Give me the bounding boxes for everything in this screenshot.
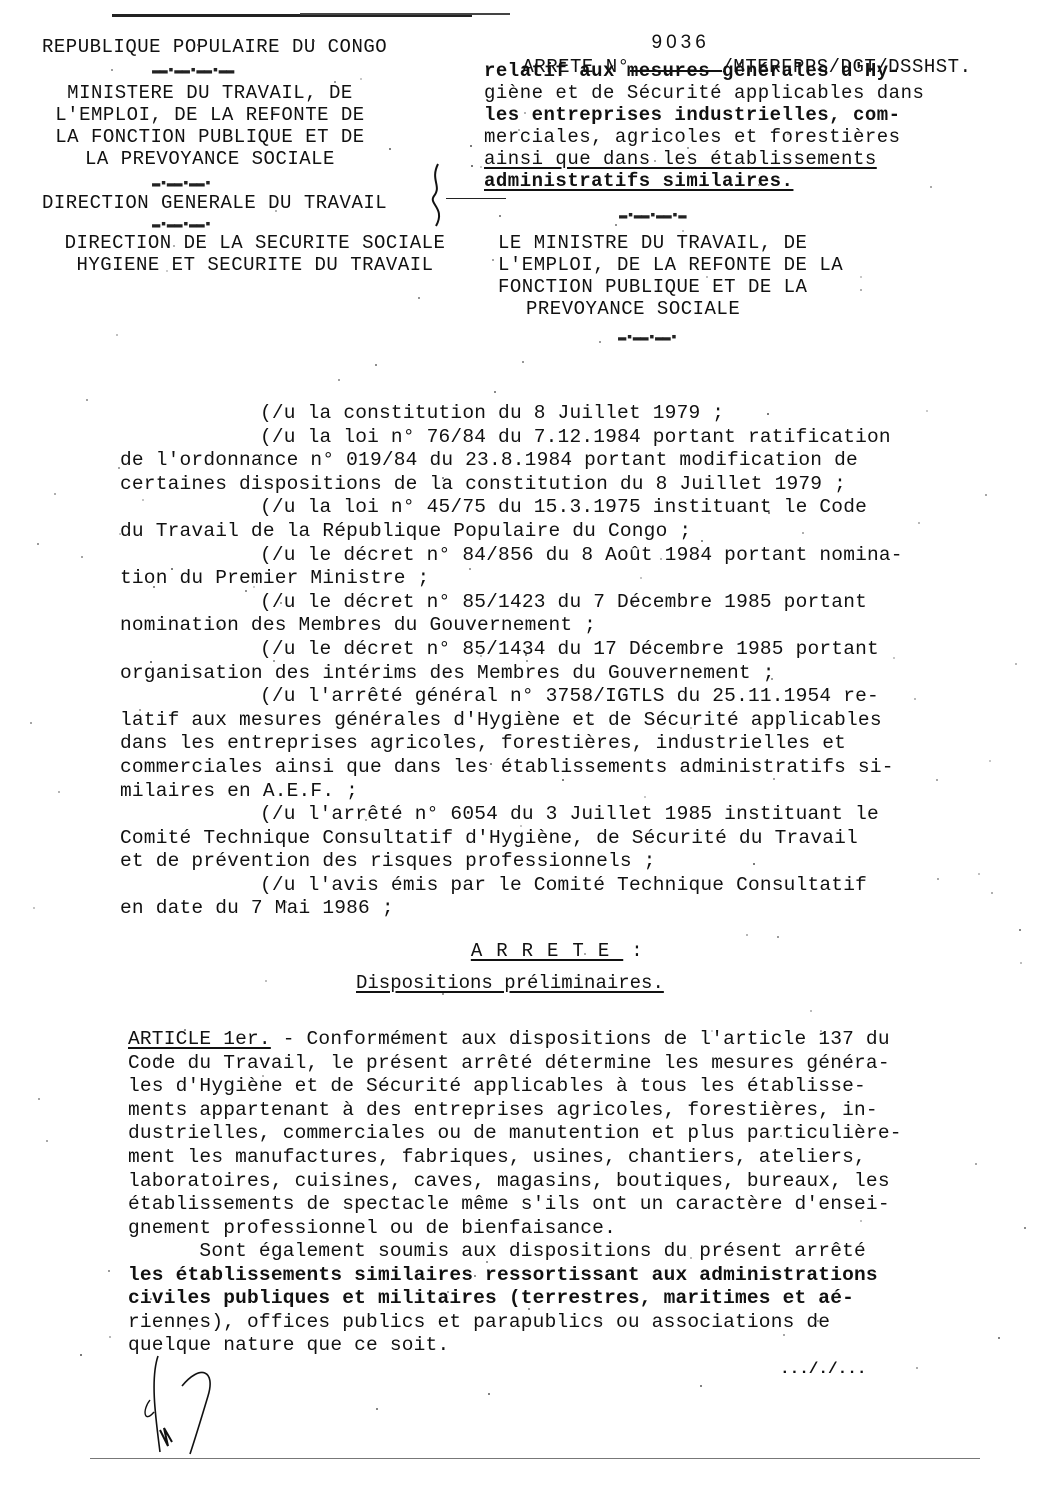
scan-noise (991, 892, 993, 894)
scan-noise (275, 210, 277, 212)
scan-noise (660, 558, 662, 560)
scan-noise (557, 480, 559, 482)
scan-noise (492, 259, 494, 261)
visa-line: (/u le décret n° 85/1423 du 7 Décembre 1… (120, 591, 980, 615)
visa-line: du Travail de la République Populaire du… (120, 520, 980, 544)
scan-noise (754, 487, 756, 489)
scan-noise (817, 1320, 819, 1322)
scan-noise (1019, 929, 1021, 931)
scan-noise (599, 341, 601, 343)
scan-noise (893, 657, 895, 659)
scan-noise (975, 1163, 977, 1165)
scan-noise (46, 1140, 48, 1142)
scan-noise (338, 379, 340, 381)
article-line: gnement professionnel ou de bienfaisance… (128, 1217, 988, 1241)
scan-noise (418, 297, 420, 299)
scan-noise (334, 81, 336, 83)
visa-line: certaines dispositions de la constitutio… (120, 473, 980, 497)
scan-noise (273, 660, 275, 662)
republic-name: REPUBLIQUE POPULAIRE DU CONGO (42, 36, 387, 58)
scan-noise (30, 722, 32, 724)
scan-noise (442, 993, 444, 995)
article-line: dustrielles, commerciales ou de manutent… (128, 1122, 988, 1146)
visa-line: Comité Technique Consultatif d'Hygiène, … (120, 827, 980, 851)
scan-noise (253, 586, 255, 588)
visa-line: (/u l'avis émis par le Comité Technique … (120, 874, 980, 898)
scan-noise (577, 502, 579, 504)
scan-noise (375, 364, 377, 366)
scan-noise (166, 270, 168, 272)
article-line: Code du Travail, le présent arrêté déter… (128, 1052, 988, 1076)
visa-line: de l'ordonnance n° 019/84 du 23.8.1984 p… (120, 449, 980, 473)
scan-noise (118, 467, 120, 469)
visa-line: organisation des intérims des Membres du… (120, 662, 980, 686)
scan-noise (260, 454, 262, 456)
paragraph-line: riennes), offices publics et parapublics… (128, 1311, 988, 1335)
scan-noise (80, 1354, 82, 1356)
scan-artifact-line (90, 1458, 980, 1459)
visa-line: commerciales ainsi que dans les établiss… (120, 756, 980, 780)
scan-noise (112, 135, 114, 137)
direction-generale: DIRECTION GENERALE DU TRAVAIL (42, 192, 387, 214)
visa-line: (/u l'arrêté général n° 3758/IGTLS du 25… (120, 685, 980, 709)
scan-noise (157, 1059, 159, 1061)
scan-noise (584, 953, 586, 955)
scan-noise (306, 533, 308, 535)
scan-noise (300, 1113, 302, 1115)
scan-noise (474, 1275, 476, 1277)
visas-list: (/u la constitution du 8 Juillet 1979 ;(… (120, 402, 980, 921)
scan-noise (525, 654, 527, 656)
minister-title: LE MINISTRE DU TRAVAIL, DE L'EMPLOI, DE … (498, 232, 918, 346)
scan-noise (490, 1251, 492, 1253)
scan-noise (700, 1385, 702, 1387)
scan-noise (690, 1257, 692, 1259)
scan-noise (758, 184, 760, 186)
scan-noise (528, 1308, 530, 1310)
visa-line: milaires en A.E.F. ; (120, 780, 980, 804)
scan-noise (471, 165, 473, 167)
scan-noise (116, 334, 118, 336)
scan-noise (518, 129, 520, 131)
scan-noise (690, 727, 692, 729)
scan-noise (746, 934, 748, 936)
scan-noise (730, 1112, 732, 1114)
scan-noise (644, 796, 646, 798)
scan-noise (914, 698, 916, 700)
visa-line: (/u la loi n° 76/84 du 7.12.1984 portant… (120, 426, 980, 450)
article-line: les d'Hygiène et de Sécurité applicables… (128, 1075, 988, 1099)
scan-noise (499, 215, 501, 217)
scan-noise (262, 1075, 264, 1077)
signature-initials (120, 1350, 250, 1460)
article-1: ARTICLE 1er. - Conformément aux disposit… (128, 1028, 988, 1240)
scan-noise (918, 522, 920, 524)
scan-noise (111, 69, 113, 71)
scan-noise (139, 709, 141, 711)
paragraph-line: civiles publiques et militaires (terrest… (128, 1287, 988, 1311)
decree-number: 9036 (652, 32, 710, 54)
scan-noise (1024, 1227, 1026, 1229)
scan-noise (313, 40, 315, 42)
scan-noise (682, 230, 684, 232)
scan-noise (522, 361, 524, 363)
visa-line: et de prévention des risques professionn… (120, 850, 980, 874)
scan-noise (753, 863, 755, 865)
scan-noise (780, 1135, 782, 1137)
scan-noise (615, 224, 617, 226)
scan-noise (562, 779, 564, 781)
scan-noise (768, 512, 770, 514)
scan-noise (654, 160, 656, 162)
scan-noise (470, 145, 472, 147)
article-line: ments appartenant à des entreprises agri… (128, 1099, 988, 1123)
scan-noise (150, 661, 152, 663)
scan-noise (119, 533, 121, 535)
scan-noise (783, 1334, 785, 1336)
scan-noise (926, 410, 928, 412)
scan-noise (640, 577, 642, 579)
visa-line: nomination des Membres du Gouvernement ; (120, 614, 980, 638)
scan-noise (985, 494, 987, 496)
scan-noise (486, 1261, 488, 1263)
scan-noise (280, 602, 282, 604)
scan-noise (989, 760, 991, 762)
scan-noise (266, 1080, 268, 1082)
scan-noise (442, 477, 444, 479)
scan-noise (860, 276, 862, 278)
arrete-heading: ARRETE: (420, 918, 643, 962)
visa-line: (/u le décret n° 84/856 du 8 Août 1984 p… (120, 544, 980, 568)
scan-noise (916, 1367, 918, 1369)
ministry-name: MINISTERE DU TRAVAIL, DE L'EMPLOI, DE LA… (40, 82, 380, 170)
scan-noise (1015, 663, 1017, 665)
scan-noise (490, 763, 492, 765)
scan-noise (245, 590, 247, 592)
scan-noise (265, 980, 267, 982)
scan-noise (150, 1298, 152, 1300)
scan-noise (339, 901, 341, 903)
scan-noise (937, 878, 939, 880)
scan-noise (219, 626, 221, 628)
scan-noise (197, 44, 199, 46)
scan-noise (173, 245, 175, 247)
scan-noise (37, 543, 39, 545)
visa-line: (/u la constitution du 8 Juillet 1979 ; (120, 402, 980, 426)
scan-noise (58, 791, 60, 793)
scan-noise (771, 678, 773, 680)
scan-noise (787, 133, 789, 135)
handwritten-mark (420, 160, 460, 230)
scan-noise (701, 540, 703, 542)
scan-noise (142, 499, 144, 501)
scan-noise (447, 1291, 449, 1293)
separator: ▬▪▬▬▪▬▬▪ (618, 330, 918, 346)
scan-noise (115, 268, 117, 270)
scan-noise (687, 147, 689, 149)
article-line: ment les manufactures, fabriques, usines… (128, 1146, 988, 1170)
article-1-body: Code du Travail, le présent arrêté déter… (128, 1052, 988, 1241)
scan-noise (33, 907, 35, 909)
scan-noise (469, 568, 471, 570)
scan-noise (777, 936, 779, 938)
separator: ▬▪▬▬▪▬▬▪ (152, 217, 211, 233)
visa-line: (/u le décret n° 85/1434 du 17 Décembre … (120, 638, 980, 662)
scan-noise (802, 532, 804, 534)
article-line: établissements de spectacle même s'ils o… (128, 1193, 988, 1217)
scan-noise (706, 276, 708, 278)
scan-noise (590, 722, 592, 724)
separator: ▬▬▪▬▬▪▬▬▪▬▬ (152, 63, 233, 79)
scan-noise (488, 1393, 490, 1395)
scan-noise (936, 779, 938, 781)
scan-noise (820, 1030, 822, 1032)
separator: ▬▪▬▬▪▬▬▪▬ (619, 208, 686, 224)
separator: ▬▪▬▬▪▬▬▪ (152, 176, 211, 192)
scan-noise (365, 819, 367, 821)
scan-noise (1020, 962, 1022, 964)
scan-noise (360, 78, 362, 80)
scan-noise (184, 1029, 186, 1031)
scan-noise (998, 1337, 1000, 1339)
scan-noise (480, 166, 482, 168)
scan-noise (767, 413, 769, 415)
paragraph-line: Sont également soumis aux dispositions d… (128, 1240, 988, 1264)
scan-noise (526, 627, 528, 629)
scan-noise (285, 901, 287, 903)
scan-noise (810, 1010, 812, 1012)
scan-noise (711, 1030, 713, 1032)
scan-noise (978, 873, 980, 875)
scan-noise (930, 186, 932, 188)
article-line: laboratoires, cuisines, caves, magasins,… (128, 1170, 988, 1194)
scan-noise (109, 1336, 111, 1338)
scan-artifact-line (300, 13, 510, 15)
scan-noise (273, 111, 275, 113)
section-heading: Dispositions préliminaires. (356, 972, 664, 994)
scan-noise (773, 778, 775, 780)
visa-line: (/u la loi n° 45/75 du 15.3.1975 institu… (120, 496, 980, 520)
scan-noise (153, 586, 155, 588)
scan-noise (376, 1408, 378, 1410)
decree-subject: relatif aux mesures générales d'Hy- gièn… (484, 60, 924, 192)
paragraph-line: les établissements similaires ressortiss… (128, 1264, 988, 1288)
visa-line: tion du Premier Ministre ; (120, 567, 980, 591)
paragraph-2: Sont également soumis aux dispositions d… (128, 1240, 988, 1358)
scan-noise (54, 493, 56, 495)
continuation-mark: ..././... (780, 1360, 866, 1378)
scan-noise (600, 1319, 602, 1321)
article-label: ARTICLE 1er. (128, 1028, 271, 1050)
paragraph-line: quelque nature que ce soit. (128, 1334, 988, 1358)
scan-noise (701, 433, 703, 435)
scan-artifact-line (446, 198, 506, 199)
scan-noise (860, 289, 862, 291)
scan-noise (494, 391, 496, 393)
scan-noise (389, 148, 391, 150)
scan-noise (520, 825, 522, 827)
scan-noise (445, 736, 447, 738)
scan-noise (81, 556, 83, 558)
scan-noise (860, 1220, 862, 1222)
scan-noise (440, 438, 442, 440)
scan-noise (480, 655, 482, 657)
visa-line: latif aux mesures générales d'Hygiène et… (120, 709, 980, 733)
scan-noise (86, 399, 88, 401)
scan-noise (524, 112, 526, 114)
scan-noise (171, 568, 173, 570)
scan-noise (108, 1270, 110, 1272)
visa-line: dans les entreprises agricoles, forestiè… (120, 732, 980, 756)
scan-noise (526, 660, 528, 662)
scan-noise (189, 1328, 191, 1330)
scan-noise (38, 1098, 40, 1100)
article-1-first-line: ARTICLE 1er. - Conformément aux disposit… (128, 1028, 988, 1052)
scan-noise (632, 602, 634, 604)
visa-line: (/u l'arrêté n° 6054 du 3 Juillet 1985 i… (120, 803, 980, 827)
direction-name: DIRECTION DE LA SECURITE SOCIALE HYGIENE… (40, 232, 470, 276)
